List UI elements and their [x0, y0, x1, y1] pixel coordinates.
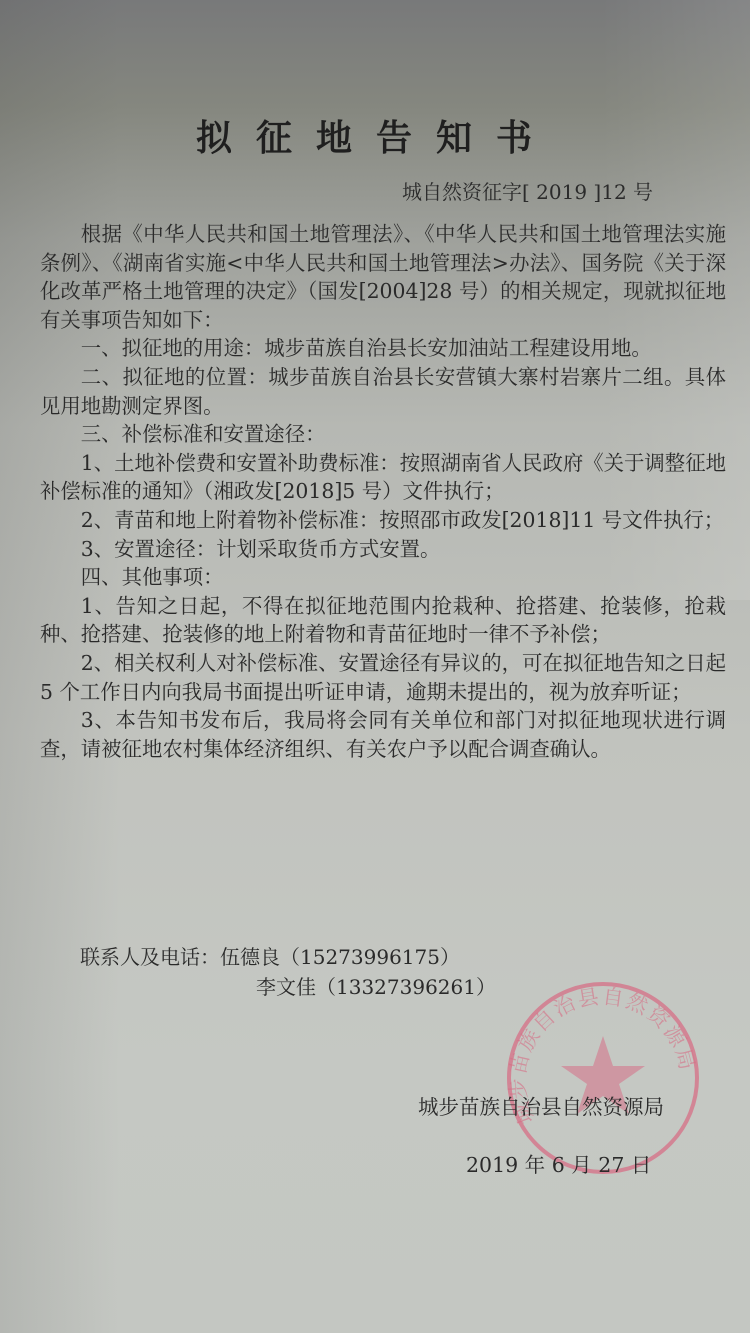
contact-row-1: 联系人及电话：伍德良（15273996175）	[80, 942, 496, 972]
contact-name-2: 李文佳	[256, 975, 316, 999]
issue-date: 2019 年 6 月 27 日	[466, 1148, 651, 1178]
contact-phone-2: （13327396261）	[316, 975, 496, 999]
section-4-item-2: 2、相关权利人对补偿标准、安置途径有异议的，可在拟征地告知之日起 5 个工作日内…	[40, 649, 726, 706]
section-4-heading: 四、其他事项：	[40, 563, 726, 592]
intro-paragraph: 根据《中华人民共和国土地管理法》、《中华人民共和国土地管理法实施条例》、《湖南省…	[40, 220, 726, 334]
contact-label: 联系人及电话：	[80, 945, 220, 969]
section-2-location: 二、拟征地的位置：城步苗族自治县长安营镇大寨村岩寨片二组。具体见用地勘测定界图。	[40, 363, 726, 420]
section-4-item-1: 1、告知之日起，不得在拟征地范围内抢栽种、抢搭建、抢装修，抢栽种、抢搭建、抢装修…	[40, 592, 726, 649]
contact-phone-1: （15273996175）	[280, 945, 460, 969]
section-3-item-1: 1、土地补偿费和安置补助费标准：按照湖南省人民政府《关于调整征地补偿标准的通知》…	[40, 449, 726, 506]
document-title: 拟征地告知书	[196, 110, 556, 161]
section-3-item-2: 2、青苗和地上附着物补偿标准：按照邵市政发[2018]11 号文件执行；	[40, 506, 726, 535]
contact-name-1: 伍德良	[220, 945, 280, 969]
document-body: 根据《中华人民共和国土地管理法》、《中华人民共和国土地管理法实施条例》、《湖南省…	[40, 220, 726, 763]
contact-block: 联系人及电话：伍德良（15273996175） 李文佳（13327396261）	[80, 942, 496, 1002]
contact-row-2: 李文佳（13327396261）	[80, 972, 496, 1002]
section-4-item-3: 3、本告知书发布后，我局将会同有关单位和部门对拟征地现状进行调查，请被征地农村集…	[40, 706, 726, 763]
section-3-heading: 三、补偿标准和安置途径：	[40, 420, 726, 449]
section-3-item-3: 3、安置途径：计划采取货币方式安置。	[40, 535, 726, 564]
document-number: 城自然资征字[ 2019 ]12 号	[402, 176, 653, 205]
section-1-land-use: 一、拟征地的用途：城步苗族自治县长安加油站工程建设用地。	[40, 334, 726, 363]
issuing-authority: 城步苗族自治县自然资源局	[418, 1090, 664, 1120]
